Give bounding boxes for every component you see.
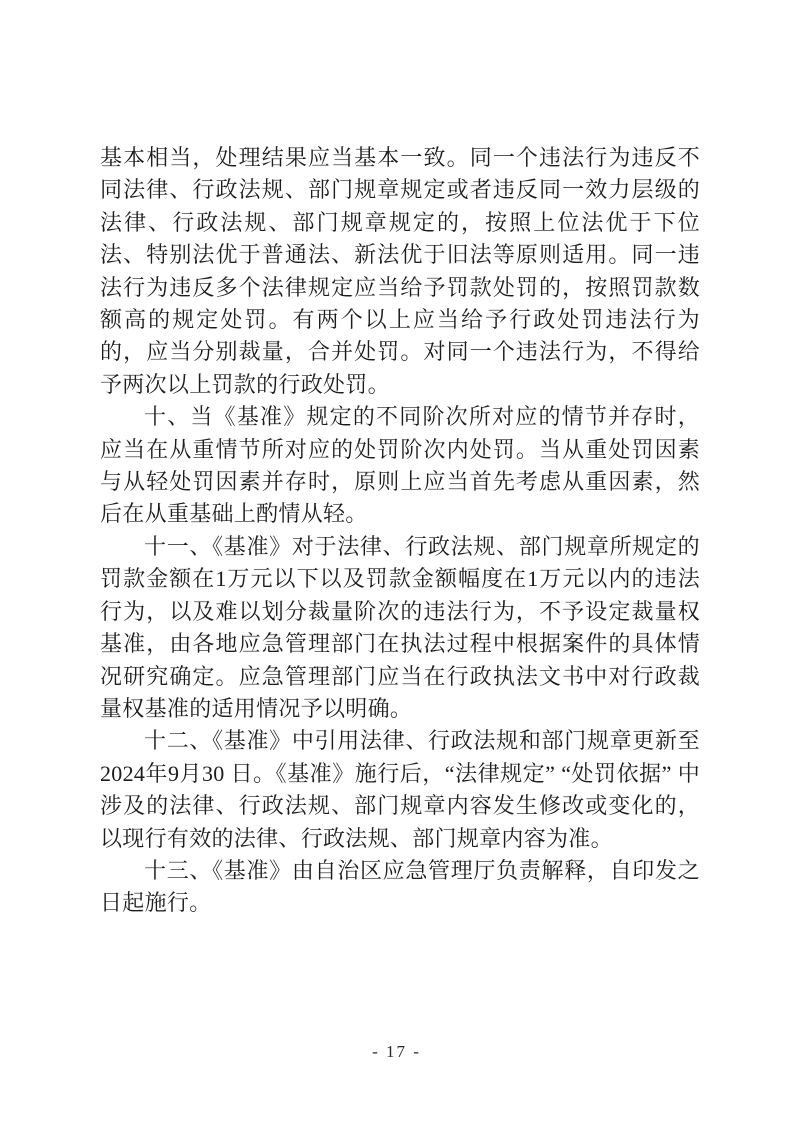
paragraph-item-10: 十、当《基准》规定的不同阶次所对应的情节并存时，应当在从重情节所对应的处罚阶次内… — [100, 401, 700, 531]
paragraph-item-13: 十三、《基准》由自治区应急管理厅负责解释，自印发之日起施行。 — [100, 855, 700, 920]
paragraph-item-12: 十二、《基准》中引用法律、行政法规和部门规章更新至2024年9月30 日。《基准… — [100, 725, 700, 855]
document-page: 基本相当，处理结果应当基本一致。同一个违法行为违反不同法律、行政法规、部门规章规… — [0, 0, 793, 1122]
page-footer: - 17 - — [0, 1042, 793, 1062]
paragraph-item-11: 十一、《基准》对于法律、行政法规、部门规章所规定的罚款金额在1万元以下以及罚款金… — [100, 531, 700, 725]
document-body: 基本相当，处理结果应当基本一致。同一个违法行为违反不同法律、行政法规、部门规章规… — [100, 142, 700, 920]
page-number: - 17 - — [372, 1042, 421, 1061]
paragraph-continuation: 基本相当，处理结果应当基本一致。同一个违法行为违反不同法律、行政法规、部门规章规… — [100, 142, 700, 401]
